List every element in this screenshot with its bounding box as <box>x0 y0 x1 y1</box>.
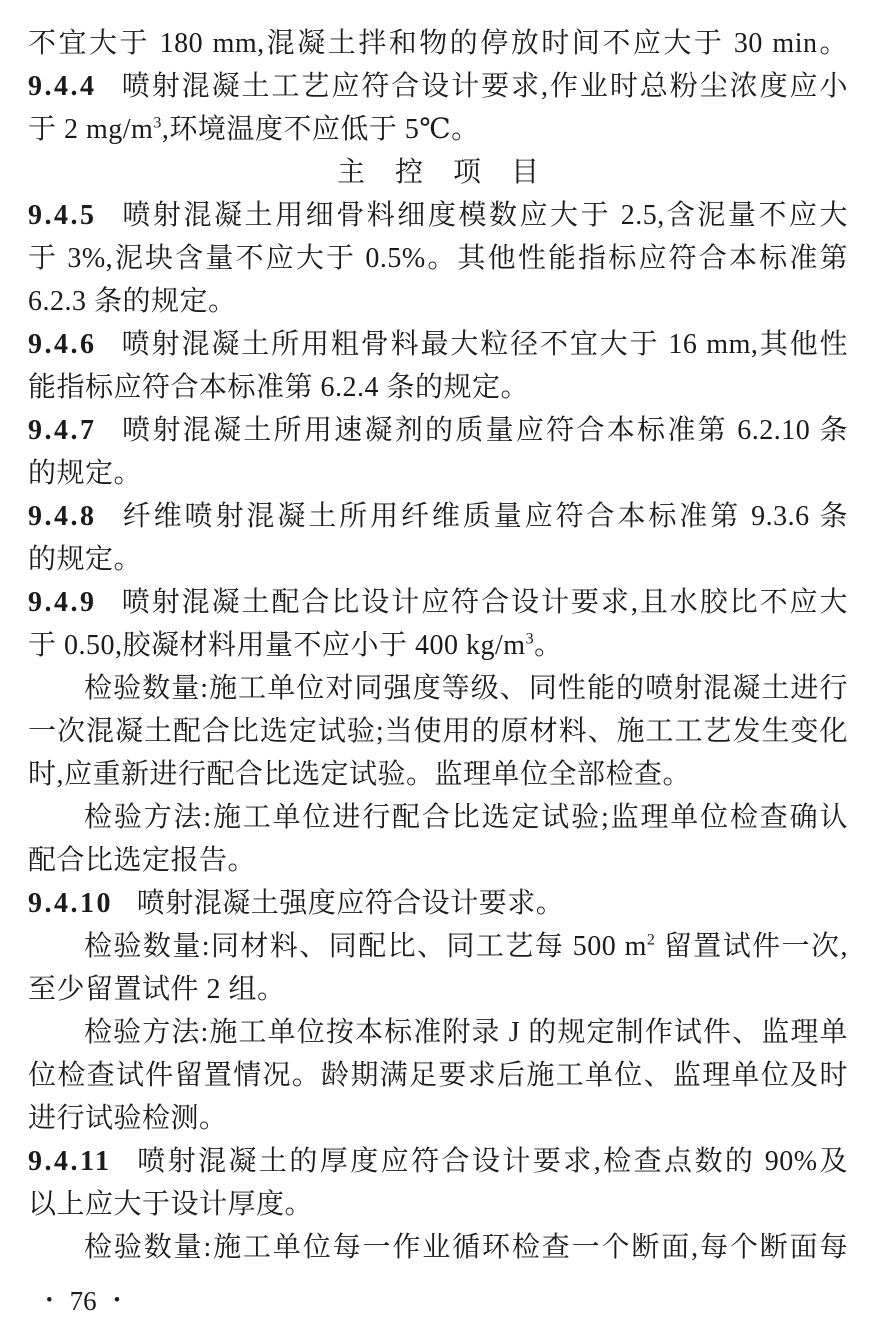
text-line: 检验数量:同材料、同配比、同工艺每 500 m2 留置试件一次, <box>28 925 848 968</box>
text-run: 位检查试件留置情况。龄期满足要求后施工单位、监理单位及时 <box>28 1060 848 1091</box>
text-line: 9.4.10喷射混凝土强度应符合设计要求。 <box>28 882 848 925</box>
text-line: 9.4.6喷射混凝土所用粗骨料最大粒径不宜大于 16 mm,其他性 <box>28 323 848 366</box>
text-run: 喷射混凝土所用粗骨料最大粒径不宜大于 16 mm,其他性 <box>120 329 848 360</box>
text-run: 主控项目 <box>337 157 569 188</box>
text-run: 于 3%,泥块含量不应大于 0.5%。其他性能指标应符合本标准第 <box>28 243 848 274</box>
text-run: 检验数量:施工单位每一作业循环检查一个断面,每个断面每 <box>84 1232 848 1263</box>
superscript: 3 <box>526 631 535 648</box>
text-run: 检验方法:施工单位按本标准附录 J 的规定制作试件、监理单 <box>84 1017 848 1048</box>
clause-number: 9.4.7 <box>28 415 97 446</box>
text-run: 一次混凝土配合比选定试验;当使用的原材料、施工工艺发生变化 <box>28 716 848 747</box>
clause-number: 9.4.10 <box>28 888 113 919</box>
footer-bullet-right: • <box>114 1284 121 1318</box>
text-line: 于 3%,泥块含量不应大于 0.5%。其他性能指标应符合本标准第 <box>28 237 848 280</box>
text-run: 的规定。 <box>28 458 142 489</box>
page-number: • 76 • <box>46 1284 120 1318</box>
text-line: 9.4.5喷射混凝土用细骨料细度模数应大于 2.5,含泥量不应大 <box>28 194 848 237</box>
clause-number: 9.4.5 <box>28 200 97 231</box>
text-line: 检验数量:施工单位对同强度等级、同性能的喷射混凝土进行 <box>28 667 848 710</box>
text-run: 纤维喷射混凝土所用纤维质量应符合本标准第 9.3.6 条 <box>120 501 848 532</box>
text-run: 至少留置试件 2 组。 <box>28 974 286 1005</box>
text-run: 配合比选定报告。 <box>28 845 256 876</box>
superscript: 3 <box>153 115 162 132</box>
text-line: 9.4.11喷射混凝土的厚度应符合设计要求,检查点数的 90%及 <box>28 1140 848 1183</box>
clause-number: 9.4.9 <box>28 587 97 618</box>
clause-number: 9.4.11 <box>28 1146 111 1177</box>
text-run: ,环境温度不应低于 5℃。 <box>162 114 480 145</box>
text-run: 喷射混凝土配合比设计应符合设计要求,且水胶比不应大 <box>120 587 848 618</box>
text-run: 进行试验检测。 <box>28 1103 228 1134</box>
text-line: 至少留置试件 2 组。 <box>28 968 848 1011</box>
text-run: 于 0.50,胶凝材料用量不应小于 400 kg/m <box>28 630 526 661</box>
text-run: 。 <box>534 630 563 661</box>
text-run: 检验数量:施工单位对同强度等级、同性能的喷射混凝土进行 <box>84 673 848 704</box>
text-run: 留置试件一次, <box>655 931 848 962</box>
text-run: 喷射混凝土的厚度应符合设计要求,检查点数的 90%及 <box>135 1146 848 1177</box>
text-run: 不宜大于 180 mm,混凝土拌和物的停放时间不应大于 30 min。 <box>28 28 848 59</box>
text-line: 6.2.3 条的规定。 <box>28 280 848 323</box>
text-run: 6.2.3 条的规定。 <box>28 286 237 317</box>
text-line: 时,应重新进行配合比选定试验。监理单位全部检查。 <box>28 753 848 796</box>
clause-number: 9.4.6 <box>28 329 97 360</box>
clause-number: 9.4.8 <box>28 501 97 532</box>
text-run: 于 2 mg/m <box>28 114 153 145</box>
text-run: 以上应大于设计厚度。 <box>28 1189 313 1220</box>
text-line: 的规定。 <box>28 452 848 495</box>
text-line: 检验方法:施工单位进行配合比选定试验;监理单位检查确认 <box>28 796 848 839</box>
text-line: 位检查试件留置情况。龄期满足要求后施工单位、监理单位及时 <box>28 1054 848 1097</box>
text-run: 的规定。 <box>28 544 142 575</box>
text-line: 9.4.7喷射混凝土所用速凝剂的质量应符合本标准第 6.2.10 条 <box>28 409 848 452</box>
document-page-body: 不宜大于 180 mm,混凝土拌和物的停放时间不应大于 30 min。9.4.4… <box>28 22 848 1269</box>
text-run: 检验数量:同材料、同配比、同工艺每 500 m <box>84 931 647 962</box>
text-line: 以上应大于设计厚度。 <box>28 1183 848 1226</box>
text-line: 能指标应符合本标准第 6.2.4 条的规定。 <box>28 366 848 409</box>
section-heading: 主控项目 <box>28 151 848 194</box>
text-line: 配合比选定报告。 <box>28 839 848 882</box>
text-run: 喷射混凝土强度应符合设计要求。 <box>137 888 565 919</box>
text-run: 喷射混凝土用细骨料细度模数应大于 2.5,含泥量不应大 <box>120 200 848 231</box>
text-run: 时,应重新进行配合比选定试验。监理单位全部检查。 <box>28 759 691 790</box>
text-line: 的规定。 <box>28 538 848 581</box>
text-run: 检验方法:施工单位进行配合比选定试验;监理单位检查确认 <box>84 802 848 833</box>
footer-bullet-left: • <box>46 1284 53 1318</box>
text-run: 喷射混凝土所用速凝剂的质量应符合本标准第 6.2.10 条 <box>120 415 848 446</box>
text-line: 一次混凝土配合比选定试验;当使用的原材料、施工工艺发生变化 <box>28 710 848 753</box>
text-run: 能指标应符合本标准第 6.2.4 条的规定。 <box>28 372 529 403</box>
text-line: 于 0.50,胶凝材料用量不应小于 400 kg/m3。 <box>28 624 848 667</box>
text-line: 不宜大于 180 mm,混凝土拌和物的停放时间不应大于 30 min。 <box>28 22 848 65</box>
text-line: 检验数量:施工单位每一作业循环检查一个断面,每个断面每 <box>28 1226 848 1269</box>
text-run: 喷射混凝土工艺应符合设计要求,作业时总粉尘浓度应小 <box>120 71 848 102</box>
text-line: 进行试验检测。 <box>28 1097 848 1140</box>
text-line: 检验方法:施工单位按本标准附录 J 的规定制作试件、监理单 <box>28 1011 848 1054</box>
text-line: 9.4.8纤维喷射混凝土所用纤维质量应符合本标准第 9.3.6 条 <box>28 495 848 538</box>
clause-number: 9.4.4 <box>28 71 97 102</box>
text-line: 于 2 mg/m3,环境温度不应低于 5℃。 <box>28 108 848 151</box>
text-line: 9.4.4喷射混凝土工艺应符合设计要求,作业时总粉尘浓度应小 <box>28 65 848 108</box>
text-line: 9.4.9喷射混凝土配合比设计应符合设计要求,且水胶比不应大 <box>28 581 848 624</box>
footer-page-number: 76 <box>70 1284 97 1318</box>
